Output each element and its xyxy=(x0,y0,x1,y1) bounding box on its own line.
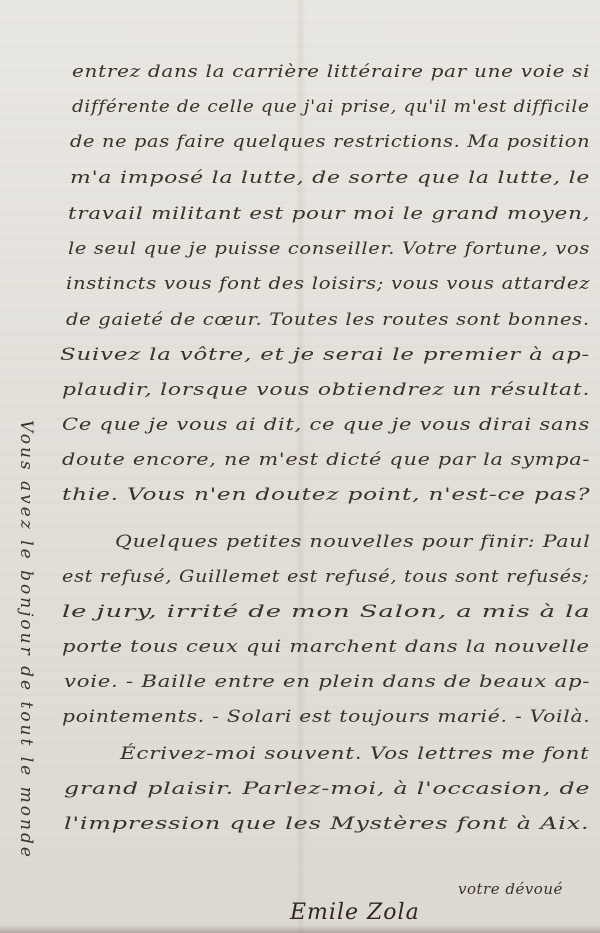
margin-note: Vous avez le bonjour de tout le monde xyxy=(14,420,34,890)
letter-line-9: Suivez la vôtre, et je serai le premier … xyxy=(60,345,590,365)
letter-line-8: de gaieté de cœur. Toutes les routes son… xyxy=(66,310,590,330)
letter-line-6: le seul que je puisse conseiller. Votre … xyxy=(68,239,590,259)
letter-line-11: Ce que je vous ai dit, ce que je vous di… xyxy=(62,415,590,435)
letter-line-10: plaudir, lorsque vous obtiendrez un résu… xyxy=(62,380,590,400)
letter-line-12: doute encore, ne m'est dicté que par la … xyxy=(62,450,590,470)
letter-line-15: est refusé, Guillemet est refusé, tous s… xyxy=(62,567,589,587)
letter-line-16: le jury, irrité de mon Salon, a mis à la xyxy=(62,602,591,622)
letter-line-1: entrez dans la carrière littéraire par u… xyxy=(72,62,590,82)
letter-line-13: thie. Vous n'en doutez point, n'est-ce p… xyxy=(62,485,590,505)
letter-line-22: l'impression que les Mystères font à Aix… xyxy=(64,814,589,834)
letter-line-14: Quelques petites nouvelles pour finir: P… xyxy=(115,532,591,552)
letter-line-3: de ne pas faire quelques restrictions. M… xyxy=(70,132,590,152)
letter-line-7: instincts vous font des loisirs; vous vo… xyxy=(66,274,590,294)
letter-line-21: grand plaisir. Parlez-moi, à l'occasion,… xyxy=(64,779,590,799)
letter-line-2: différente de celle que j'ai prise, qu'i… xyxy=(72,97,589,117)
margin-note-text: Vous avez le bonjour de tout le monde xyxy=(16,420,36,860)
letter-line-20: Écrivez-moi souvent. Vos lettres me font xyxy=(120,744,590,764)
letter-line-4: m'a imposé la lutte, de sorte que la lut… xyxy=(70,168,590,188)
letter-line-18: voie. - Baille entre en plein dans de be… xyxy=(64,672,590,692)
signature: Emile Zola xyxy=(290,900,420,925)
letter-line-5: travail militant est pour moi le grand m… xyxy=(68,204,590,224)
closing-phrase: votre dévoué xyxy=(458,880,563,898)
letter-line-19: pointements. - Solari est toujours marié… xyxy=(62,707,590,727)
letter-line-17: porte tous ceux qui marchent dans la nou… xyxy=(62,637,590,657)
